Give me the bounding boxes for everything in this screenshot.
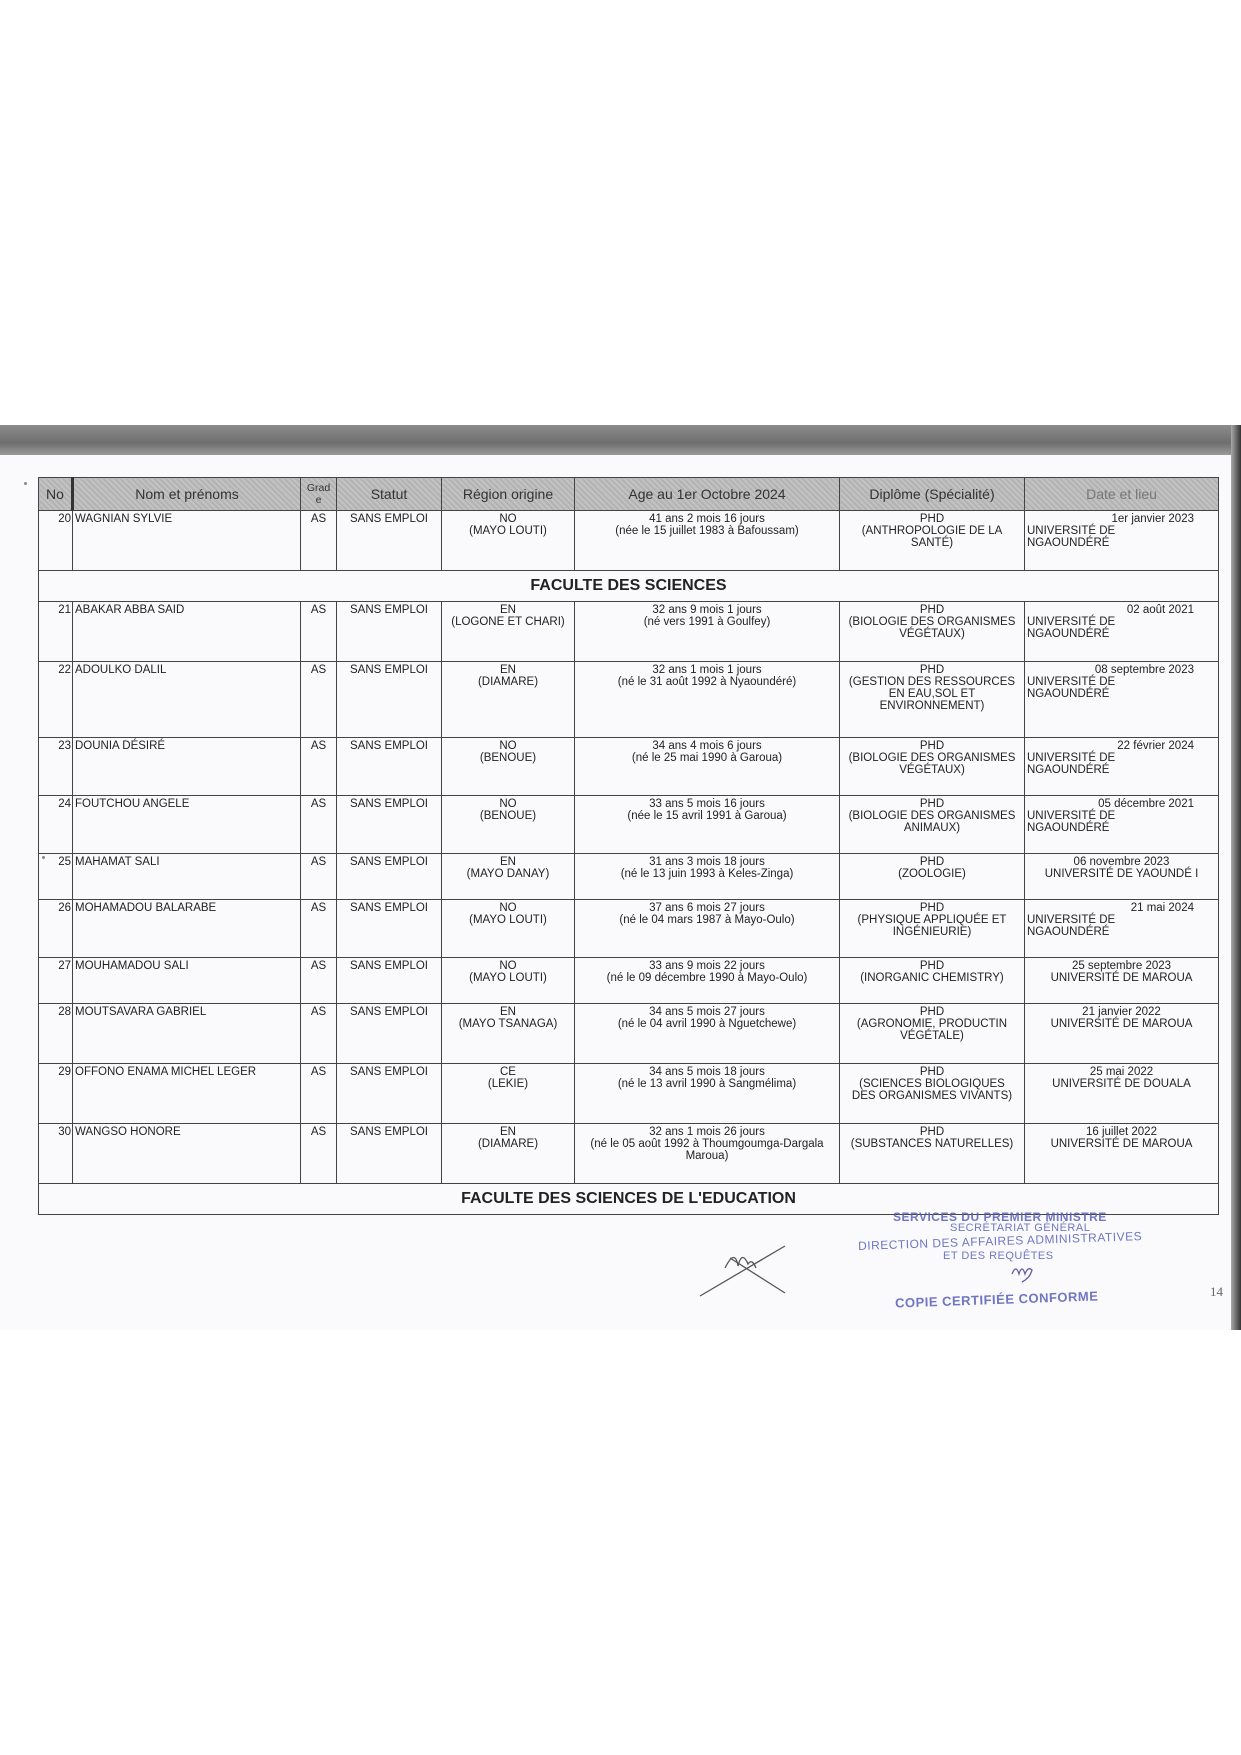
candidate-age-line: (né le 04 mars 1987 à Mayo-Oulo): [577, 914, 837, 926]
candidate-date-lieu: 05 décembre 2021UNIVERSITÉ DENGAOUNDÉRÉ: [1025, 796, 1219, 854]
candidate-statut: SANS EMPLOI: [337, 511, 442, 571]
diploma-date: 21 janvier 2022: [1027, 1006, 1216, 1018]
candidate-statut: SANS EMPLOI: [337, 1064, 442, 1124]
candidate-diplome-line: PHD: [842, 1006, 1022, 1018]
candidate-region-line: (MAYO LOUTI): [444, 525, 572, 537]
candidate-grade: AS: [301, 738, 337, 796]
candidate-statut: SANS EMPLOI: [337, 1124, 442, 1184]
candidate-date-lieu-line: UNIVERSITÉ DE MAROUA: [1027, 1138, 1216, 1150]
candidate-name: MOUTSAVARA GABRIEL: [73, 1004, 301, 1064]
candidate-name: MOUHAMADOU SALI: [73, 958, 301, 1004]
row-number: 26: [39, 900, 73, 958]
candidate-name: FOUTCHOU ANGELE: [73, 796, 301, 854]
candidate-diplome: PHD(SCIENCES BIOLOGIQUESDES ORGANISMES V…: [840, 1064, 1025, 1124]
candidate-statut: SANS EMPLOI: [337, 854, 442, 900]
scanner-edge-top: [0, 425, 1241, 455]
candidate-region-line: (BENOUE): [444, 810, 572, 822]
candidate-age-line: 37 ans 6 mois 27 jours: [577, 902, 837, 914]
candidate-region-line: EN: [444, 856, 572, 868]
candidate-date-lieu-line: UNIVERSITÉ DE: [1027, 525, 1216, 537]
candidate-date-lieu-line: UNIVERSITÉ DE DOUALA: [1027, 1078, 1216, 1090]
candidate-diplome-line: PHD: [842, 604, 1022, 616]
candidate-grade: AS: [301, 602, 337, 662]
candidate-region-line: CE: [444, 1066, 572, 1078]
scanner-edge-right: [1231, 425, 1241, 1330]
candidate-region-line: (MAYO TSANAGA): [444, 1018, 572, 1030]
grade-header-line: e: [303, 494, 334, 506]
candidate-date-lieu: 02 août 2021UNIVERSITÉ DENGAOUNDÉRÉ: [1025, 602, 1219, 662]
candidate-name: MAHAMAT SALI: [73, 854, 301, 900]
candidate-age-line: 32 ans 1 mois 1 jours: [577, 664, 837, 676]
candidate-region-line: (LOGONE ET CHARI): [444, 616, 572, 628]
candidate-date-lieu-line: UNIVERSITÉ DE YAOUNDÉ I: [1027, 868, 1216, 880]
candidate-grade: AS: [301, 662, 337, 738]
candidate-date-lieu: 1er janvier 2023UNIVERSITÉ DENGAOUNDÉRÉ: [1025, 511, 1219, 571]
candidate-region-line: NO: [444, 740, 572, 752]
col-header-no: No: [39, 478, 73, 511]
candidate-region-line: NO: [444, 960, 572, 972]
candidate-region: EN(DIAMARE): [442, 662, 575, 738]
col-header-diplome: Diplôme (Spécialité): [840, 478, 1025, 511]
candidate-diplome-line: DES ORGANISMES VIVANTS): [842, 1090, 1022, 1102]
section-row: FACULTE DES SCIENCES: [39, 571, 1219, 602]
row-number: 21: [39, 602, 73, 662]
candidate-statut: SANS EMPLOI: [337, 662, 442, 738]
candidate-region-line: EN: [444, 604, 572, 616]
candidate-diplome-line: (BIOLOGIE DES ORGANISMES: [842, 810, 1022, 822]
candidate-region-line: (BENOUE): [444, 752, 572, 764]
candidate-diplome-line: PHD: [842, 1126, 1022, 1138]
candidate-region: NO(BENOUE): [442, 738, 575, 796]
candidate-diplome-line: (PHYSIQUE APPLIQUÉE ET: [842, 914, 1022, 926]
candidate-name: WANGSO HONORE: [73, 1124, 301, 1184]
candidate-diplome-line: (GESTION DES RESSOURCES: [842, 676, 1022, 688]
table-row: 30WANGSO HONOREASSANS EMPLOIEN(DIAMARE)3…: [39, 1124, 1219, 1184]
candidate-statut: SANS EMPLOI: [337, 958, 442, 1004]
col-header-age: Age au 1er Octobre 2024: [575, 478, 840, 511]
candidate-age-line: 33 ans 5 mois 16 jours: [577, 798, 837, 810]
candidate-region-line: (DIAMARE): [444, 1138, 572, 1150]
candidate-date-lieu-line: UNIVERSITÉ DE: [1027, 914, 1216, 926]
candidate-diplome-line: SANTÉ): [842, 537, 1022, 549]
candidate-date-lieu-line: UNIVERSITÉ DE MAROUA: [1027, 972, 1216, 984]
candidate-region: CE(LEKIE): [442, 1064, 575, 1124]
candidate-age: 32 ans 1 mois 26 jours(né le 05 août 199…: [575, 1124, 840, 1184]
candidate-diplome: PHD(AGRONOMIE, PRODUCTINVÉGÉTALE): [840, 1004, 1025, 1064]
candidate-age-line: 33 ans 9 mois 22 jours: [577, 960, 837, 972]
col-header-grade: Grad e: [301, 478, 337, 511]
candidate-region-line: (DIAMARE): [444, 676, 572, 688]
candidate-age-line: 31 ans 3 mois 18 jours: [577, 856, 837, 868]
candidate-date-lieu-line: NGAOUNDÉRÉ: [1027, 628, 1216, 640]
diploma-date: 06 novembre 2023: [1027, 856, 1216, 868]
table-header-row: No Nom et prénoms Grad e Statut Région o…: [39, 478, 1219, 511]
candidate-date-lieu-line: UNIVERSITÉ DE: [1027, 676, 1216, 688]
candidate-diplome-line: (ANTHROPOLOGIE DE LA: [842, 525, 1022, 537]
candidate-diplome-line: (INORGANIC CHEMISTRY): [842, 972, 1022, 984]
col-header-region: Région origine: [442, 478, 575, 511]
candidate-diplome-line: PHD: [842, 902, 1022, 914]
candidate-age: 41 ans 2 mois 16 jours(née le 15 juillet…: [575, 511, 840, 571]
candidate-region: EN(LOGONE ET CHARI): [442, 602, 575, 662]
diploma-date: 1er janvier 2023: [1027, 513, 1216, 525]
candidate-name: MOHAMADOU BALARABE: [73, 900, 301, 958]
col-header-statut: Statut: [337, 478, 442, 511]
signature-icon: [690, 1238, 800, 1298]
candidate-age: 32 ans 9 mois 1 jours(né vers 1991 à Gou…: [575, 602, 840, 662]
candidate-grade: AS: [301, 958, 337, 1004]
row-number: 30: [39, 1124, 73, 1184]
candidate-age-line: 34 ans 4 mois 6 jours: [577, 740, 837, 752]
candidate-diplome-line: PHD: [842, 856, 1022, 868]
candidate-age-line: (né le 13 avril 1990 à Sangmélima): [577, 1078, 837, 1090]
candidate-diplome-line: (ZOOLOGIE): [842, 868, 1022, 880]
candidate-name: DOUNIA DÉSIRÉ: [73, 738, 301, 796]
candidate-region-line: EN: [444, 1006, 572, 1018]
row-number: 28: [39, 1004, 73, 1064]
candidate-date-lieu-line: UNIVERSITÉ DE: [1027, 616, 1216, 628]
candidate-date-lieu: 22 février 2024UNIVERSITÉ DENGAOUNDÉRÉ: [1025, 738, 1219, 796]
candidate-diplome: PHD(BIOLOGIE DES ORGANISMESANIMAUX): [840, 796, 1025, 854]
row-number: 24: [39, 796, 73, 854]
candidate-date-lieu-line: UNIVERSITÉ DE: [1027, 752, 1216, 764]
candidate-date-lieu: 16 juillet 2022UNIVERSITÉ DE MAROUA: [1025, 1124, 1219, 1184]
diploma-date: 25 septembre 2023: [1027, 960, 1216, 972]
candidate-name: ABAKAR ABBA SAID: [73, 602, 301, 662]
candidate-diplome-line: PHD: [842, 513, 1022, 525]
candidate-statut: SANS EMPLOI: [337, 1004, 442, 1064]
candidate-age-line: (né le 13 juin 1993 à Keles-Zinga): [577, 868, 837, 880]
candidate-region: NO(BENOUE): [442, 796, 575, 854]
diploma-date: 25 mai 2022: [1027, 1066, 1216, 1078]
candidate-region: EN(MAYO DANAY): [442, 854, 575, 900]
candidate-age-line: (né le 25 mai 1990 à Garoua): [577, 752, 837, 764]
candidate-diplome-line: ENVIRONNEMENT): [842, 700, 1022, 712]
candidate-diplome: PHD(BIOLOGIE DES ORGANISMESVÉGÉTAUX): [840, 738, 1025, 796]
candidate-diplome-line: PHD: [842, 1066, 1022, 1078]
candidate-date-lieu-line: NGAOUNDÉRÉ: [1027, 764, 1216, 776]
candidate-age-line: (née le 15 avril 1991 à Garoua): [577, 810, 837, 822]
candidate-region: NO(MAYO LOUTI): [442, 958, 575, 1004]
candidate-age: 33 ans 9 mois 22 jours(né le 09 décembre…: [575, 958, 840, 1004]
candidate-age-line: (né le 04 avril 1990 à Nguetchewe): [577, 1018, 837, 1030]
candidate-diplome-line: PHD: [842, 740, 1022, 752]
candidate-date-lieu-line: NGAOUNDÉRÉ: [1027, 926, 1216, 938]
candidate-diplome-line: EN EAU,SOL ET: [842, 688, 1022, 700]
candidate-grade: AS: [301, 1004, 337, 1064]
candidate-age-line: 41 ans 2 mois 16 jours: [577, 513, 837, 525]
candidate-grade: AS: [301, 1124, 337, 1184]
row-number: 27: [39, 958, 73, 1004]
candidate-diplome-line: INGÉNIEURIE): [842, 926, 1022, 938]
candidate-region-line: (LEKIE): [444, 1078, 572, 1090]
candidate-age-line: (né le 31 août 1992 à Nyaoundéré): [577, 676, 837, 688]
row-number: 22: [39, 662, 73, 738]
candidate-grade: AS: [301, 854, 337, 900]
row-number: 23: [39, 738, 73, 796]
candidate-statut: SANS EMPLOI: [337, 796, 442, 854]
candidate-diplome-line: VÉGÉTAUX): [842, 628, 1022, 640]
candidate-statut: SANS EMPLOI: [337, 738, 442, 796]
candidate-age-line: (née le 15 juillet 1983 à Bafoussam): [577, 525, 837, 537]
candidate-diplome-line: PHD: [842, 960, 1022, 972]
candidate-diplome: PHD(BIOLOGIE DES ORGANISMESVÉGÉTAUX): [840, 602, 1025, 662]
candidate-age: 34 ans 5 mois 27 jours(né le 04 avril 19…: [575, 1004, 840, 1064]
page-number: 14: [1210, 1284, 1223, 1300]
candidate-diplome-line: (AGRONOMIE, PRODUCTIN: [842, 1018, 1022, 1030]
candidate-region-line: (MAYO LOUTI): [444, 972, 572, 984]
table-row: 22ADOULKO DALILASSANS EMPLOIEN(DIAMARE)3…: [39, 662, 1219, 738]
candidate-diplome-line: PHD: [842, 798, 1022, 810]
candidate-age-line: (né le 05 août 1992 à Thoumgoumga-Dargal…: [577, 1138, 837, 1150]
candidate-diplome-line: VÉGÉTAUX): [842, 764, 1022, 776]
diploma-date: 02 août 2021: [1027, 604, 1216, 616]
candidate-age: 34 ans 4 mois 6 jours(né le 25 mai 1990 …: [575, 738, 840, 796]
candidate-diplome: PHD(ANTHROPOLOGIE DE LASANTÉ): [840, 511, 1025, 571]
candidate-date-lieu: 25 septembre 2023UNIVERSITÉ DE MAROUA: [1025, 958, 1219, 1004]
candidate-diplome: PHD(ZOOLOGIE): [840, 854, 1025, 900]
candidate-age-line: 32 ans 9 mois 1 jours: [577, 604, 837, 616]
candidate-date-lieu-line: NGAOUNDÉRÉ: [1027, 537, 1216, 549]
candidate-age-line: (né le 09 décembre 1990 à Mayo-Oulo): [577, 972, 837, 984]
row-number: 20: [39, 511, 73, 571]
candidate-date-lieu: 25 mai 2022UNIVERSITÉ DE DOUALA: [1025, 1064, 1219, 1124]
table-row: 29OFFONO ENAMA MICHEL LEGERASSANS EMPLOI…: [39, 1064, 1219, 1124]
table-row: 21ABAKAR ABBA SAIDASSANS EMPLOIEN(LOGONE…: [39, 602, 1219, 662]
candidate-diplome-line: (BIOLOGIE DES ORGANISMES: [842, 752, 1022, 764]
table-row: 28MOUTSAVARA GABRIELASSANS EMPLOIEN(MAYO…: [39, 1004, 1219, 1064]
candidate-date-lieu-line: UNIVERSITÉ DE MAROUA: [1027, 1018, 1216, 1030]
candidate-statut: SANS EMPLOI: [337, 900, 442, 958]
candidate-diplome-line: (SCIENCES BIOLOGIQUES: [842, 1078, 1022, 1090]
candidate-age: 32 ans 1 mois 1 jours(né le 31 août 1992…: [575, 662, 840, 738]
diploma-date: 16 juillet 2022: [1027, 1126, 1216, 1138]
candidate-region: NO(MAYO LOUTI): [442, 511, 575, 571]
candidate-region-line: NO: [444, 798, 572, 810]
candidate-region-line: EN: [444, 664, 572, 676]
candidate-age-line: 32 ans 1 mois 26 jours: [577, 1126, 837, 1138]
diploma-date: 08 septembre 2023: [1027, 664, 1216, 676]
table-row: 26MOHAMADOU BALARABEASSANS EMPLOINO(MAYO…: [39, 900, 1219, 958]
candidate-diplome-line: (BIOLOGIE DES ORGANISMES: [842, 616, 1022, 628]
candidate-date-lieu: 21 janvier 2022UNIVERSITÉ DE MAROUA: [1025, 1004, 1219, 1064]
candidate-date-lieu-line: NGAOUNDÉRÉ: [1027, 822, 1216, 834]
candidate-region-line: EN: [444, 1126, 572, 1138]
scan-speck: [24, 482, 27, 485]
candidate-diplome-line: VÉGÉTALE): [842, 1030, 1022, 1042]
row-number: 29: [39, 1064, 73, 1124]
candidate-diplome: PHD(GESTION DES RESSOURCESEN EAU,SOL ETE…: [840, 662, 1025, 738]
candidate-grade: AS: [301, 511, 337, 571]
grade-header-line: Grad: [303, 482, 334, 494]
candidate-age-line: 34 ans 5 mois 27 jours: [577, 1006, 837, 1018]
candidate-region-line: NO: [444, 513, 572, 525]
candidate-age: 33 ans 5 mois 16 jours(née le 15 avril 1…: [575, 796, 840, 854]
candidate-age-line: (né vers 1991 à Goulfey): [577, 616, 837, 628]
candidate-grade: AS: [301, 1064, 337, 1124]
candidate-region: NO(MAYO LOUTI): [442, 900, 575, 958]
candidate-region-line: (MAYO LOUTI): [444, 914, 572, 926]
candidate-name: ADOULKO DALIL: [73, 662, 301, 738]
candidate-age: 37 ans 6 mois 27 jours(né le 04 mars 198…: [575, 900, 840, 958]
table-row: 24FOUTCHOU ANGELEASSANS EMPLOINO(BENOUE)…: [39, 796, 1219, 854]
candidate-grade: AS: [301, 796, 337, 854]
candidate-age-line: 34 ans 5 mois 18 jours: [577, 1066, 837, 1078]
candidates-table: No Nom et prénoms Grad e Statut Région o…: [38, 477, 1219, 1215]
table-row: 27MOUHAMADOU SALIASSANS EMPLOINO(MAYO LO…: [39, 958, 1219, 1004]
table-row: 23DOUNIA DÉSIRÉASSANS EMPLOINO(BENOUE)34…: [39, 738, 1219, 796]
diploma-date: 21 mai 2024: [1027, 902, 1216, 914]
col-header-date: Date et lieu: [1025, 478, 1219, 511]
candidate-diplome: PHD(INORGANIC CHEMISTRY): [840, 958, 1025, 1004]
candidate-region-line: NO: [444, 902, 572, 914]
table-row: 20WAGNIAN SYLVIEASSANS EMPLOINO(MAYO LOU…: [39, 511, 1219, 571]
faculty-heading-sciences: FACULTE DES SCIENCES: [39, 571, 1219, 602]
candidate-grade: AS: [301, 900, 337, 958]
stamp-line: ET DES REQUÊTES: [943, 1250, 1054, 1262]
diploma-date: 05 décembre 2021: [1027, 798, 1216, 810]
candidate-date-lieu: 21 mai 2024UNIVERSITÉ DENGAOUNDÉRÉ: [1025, 900, 1219, 958]
col-header-name: Nom et prénoms: [73, 478, 301, 511]
candidate-age-line: Maroua): [577, 1150, 837, 1162]
candidate-age: 31 ans 3 mois 18 jours(né le 13 juin 199…: [575, 854, 840, 900]
candidate-age: 34 ans 5 mois 18 jours(né le 13 avril 19…: [575, 1064, 840, 1124]
row-number: 25: [39, 854, 73, 900]
candidate-region: EN(DIAMARE): [442, 1124, 575, 1184]
candidate-date-lieu-line: UNIVERSITÉ DE: [1027, 810, 1216, 822]
candidate-date-lieu-line: NGAOUNDÉRÉ: [1027, 688, 1216, 700]
candidate-name: WAGNIAN SYLVIE: [73, 511, 301, 571]
candidate-diplome-line: PHD: [842, 664, 1022, 676]
initials-icon: [1010, 1262, 1040, 1284]
candidate-diplome: PHD(SUBSTANCES NATURELLES): [840, 1124, 1025, 1184]
candidate-date-lieu: 08 septembre 2023UNIVERSITÉ DENGAOUNDÉRÉ: [1025, 662, 1219, 738]
candidate-diplome-line: (SUBSTANCES NATURELLES): [842, 1138, 1022, 1150]
table-row: 25MAHAMAT SALIASSANS EMPLOIEN(MAYO DANAY…: [39, 854, 1219, 900]
candidate-name: OFFONO ENAMA MICHEL LEGER: [73, 1064, 301, 1124]
candidate-region-line: (MAYO DANAY): [444, 868, 572, 880]
candidate-diplome: PHD(PHYSIQUE APPLIQUÉE ETINGÉNIEURIE): [840, 900, 1025, 958]
diploma-date: 22 février 2024: [1027, 740, 1216, 752]
candidate-date-lieu: 06 novembre 2023UNIVERSITÉ DE YAOUNDÉ I: [1025, 854, 1219, 900]
candidate-region: EN(MAYO TSANAGA): [442, 1004, 575, 1064]
candidate-statut: SANS EMPLOI: [337, 602, 442, 662]
candidate-diplome-line: ANIMAUX): [842, 822, 1022, 834]
